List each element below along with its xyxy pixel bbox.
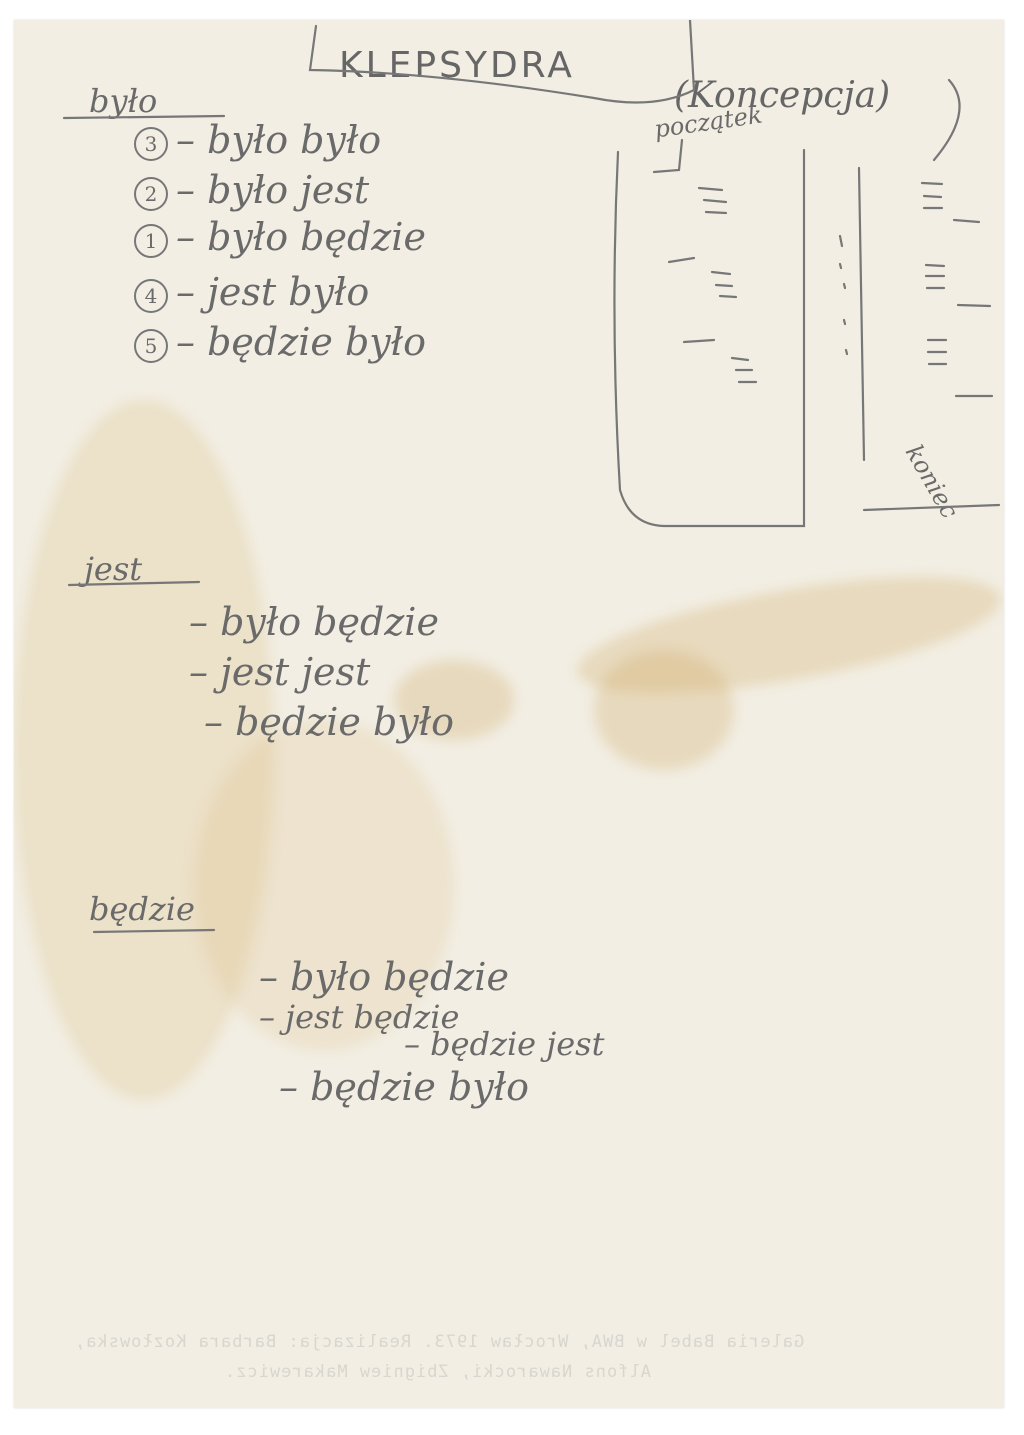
underline <box>69 582 199 585</box>
diagram-baseline-right <box>864 505 999 510</box>
diagram-column-left <box>614 150 804 526</box>
underline <box>94 930 214 932</box>
manuscript-page: Galeria Babel w BWA, Wrocław 1973. Reali… <box>14 20 1004 1408</box>
title-bracket <box>310 20 694 103</box>
diagram-column-right <box>859 168 864 460</box>
subtitle-paren <box>934 80 960 160</box>
pencil-drawings <box>14 20 1004 1408</box>
underline <box>64 116 224 118</box>
